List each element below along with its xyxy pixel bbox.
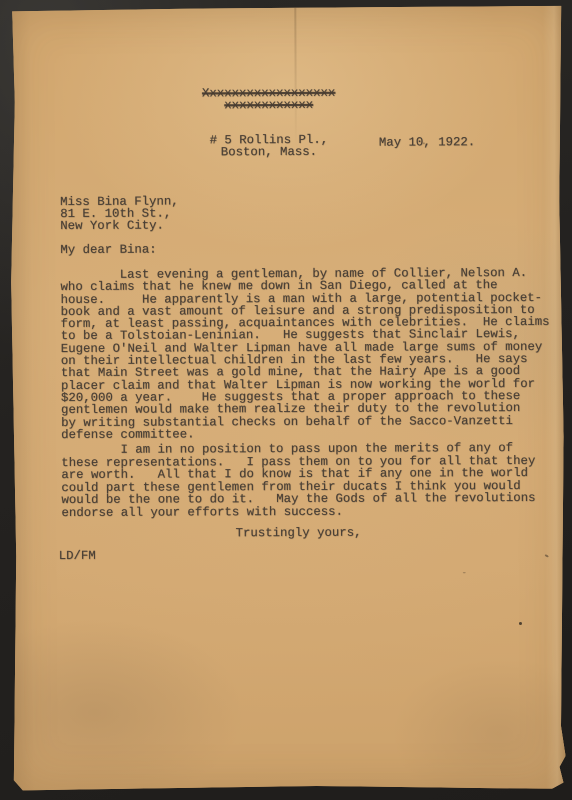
salutation: My dear Bina: [60,243,156,257]
scanned-letter-background: Xxxxxxxxxxxxxxxxxxxxxxxxxxxxxx # 5 Rolli… [0,0,572,800]
closing-phrase: Trustingly yours, [236,526,362,541]
body-paragraph-1: Last evening a gentleman, by name of Col… [60,267,550,441]
typist-initials: LD/FM [59,549,96,563]
return-address-block: Xxxxxxxxxxxxxxxxxxxxxxxxxxxxxx # 5 Rolli… [177,65,362,183]
paper-speck [519,622,522,625]
text-line: New York City. [60,219,179,232]
letter-page: Xxxxxxxxxxxxxxxxxxxxxxxxxxxxxx # 5 Rolli… [8,6,565,791]
return-address-lines: # 5 Rollins Pl.,Boston, Mass. [177,135,361,159]
date-line: May 10, 1922. [379,135,475,149]
body-paragraph-2: I am in no position to pass upon the mer… [61,442,535,520]
recipient-address-block: Miss Bina Flynn,81 E. 10th St.,New York … [60,195,179,232]
text-line: Boston, Mass. [177,147,361,160]
text-line: endorse all your efforts with success. [61,505,535,520]
redacted-address-lines: Xxxxxxxxxxxxxxxxxxxxxxxxxxxxxx [177,88,361,112]
paper-speck [544,554,548,558]
paper-speck [463,572,466,573]
text-line: xxxxxxxxxxxx [177,100,361,113]
